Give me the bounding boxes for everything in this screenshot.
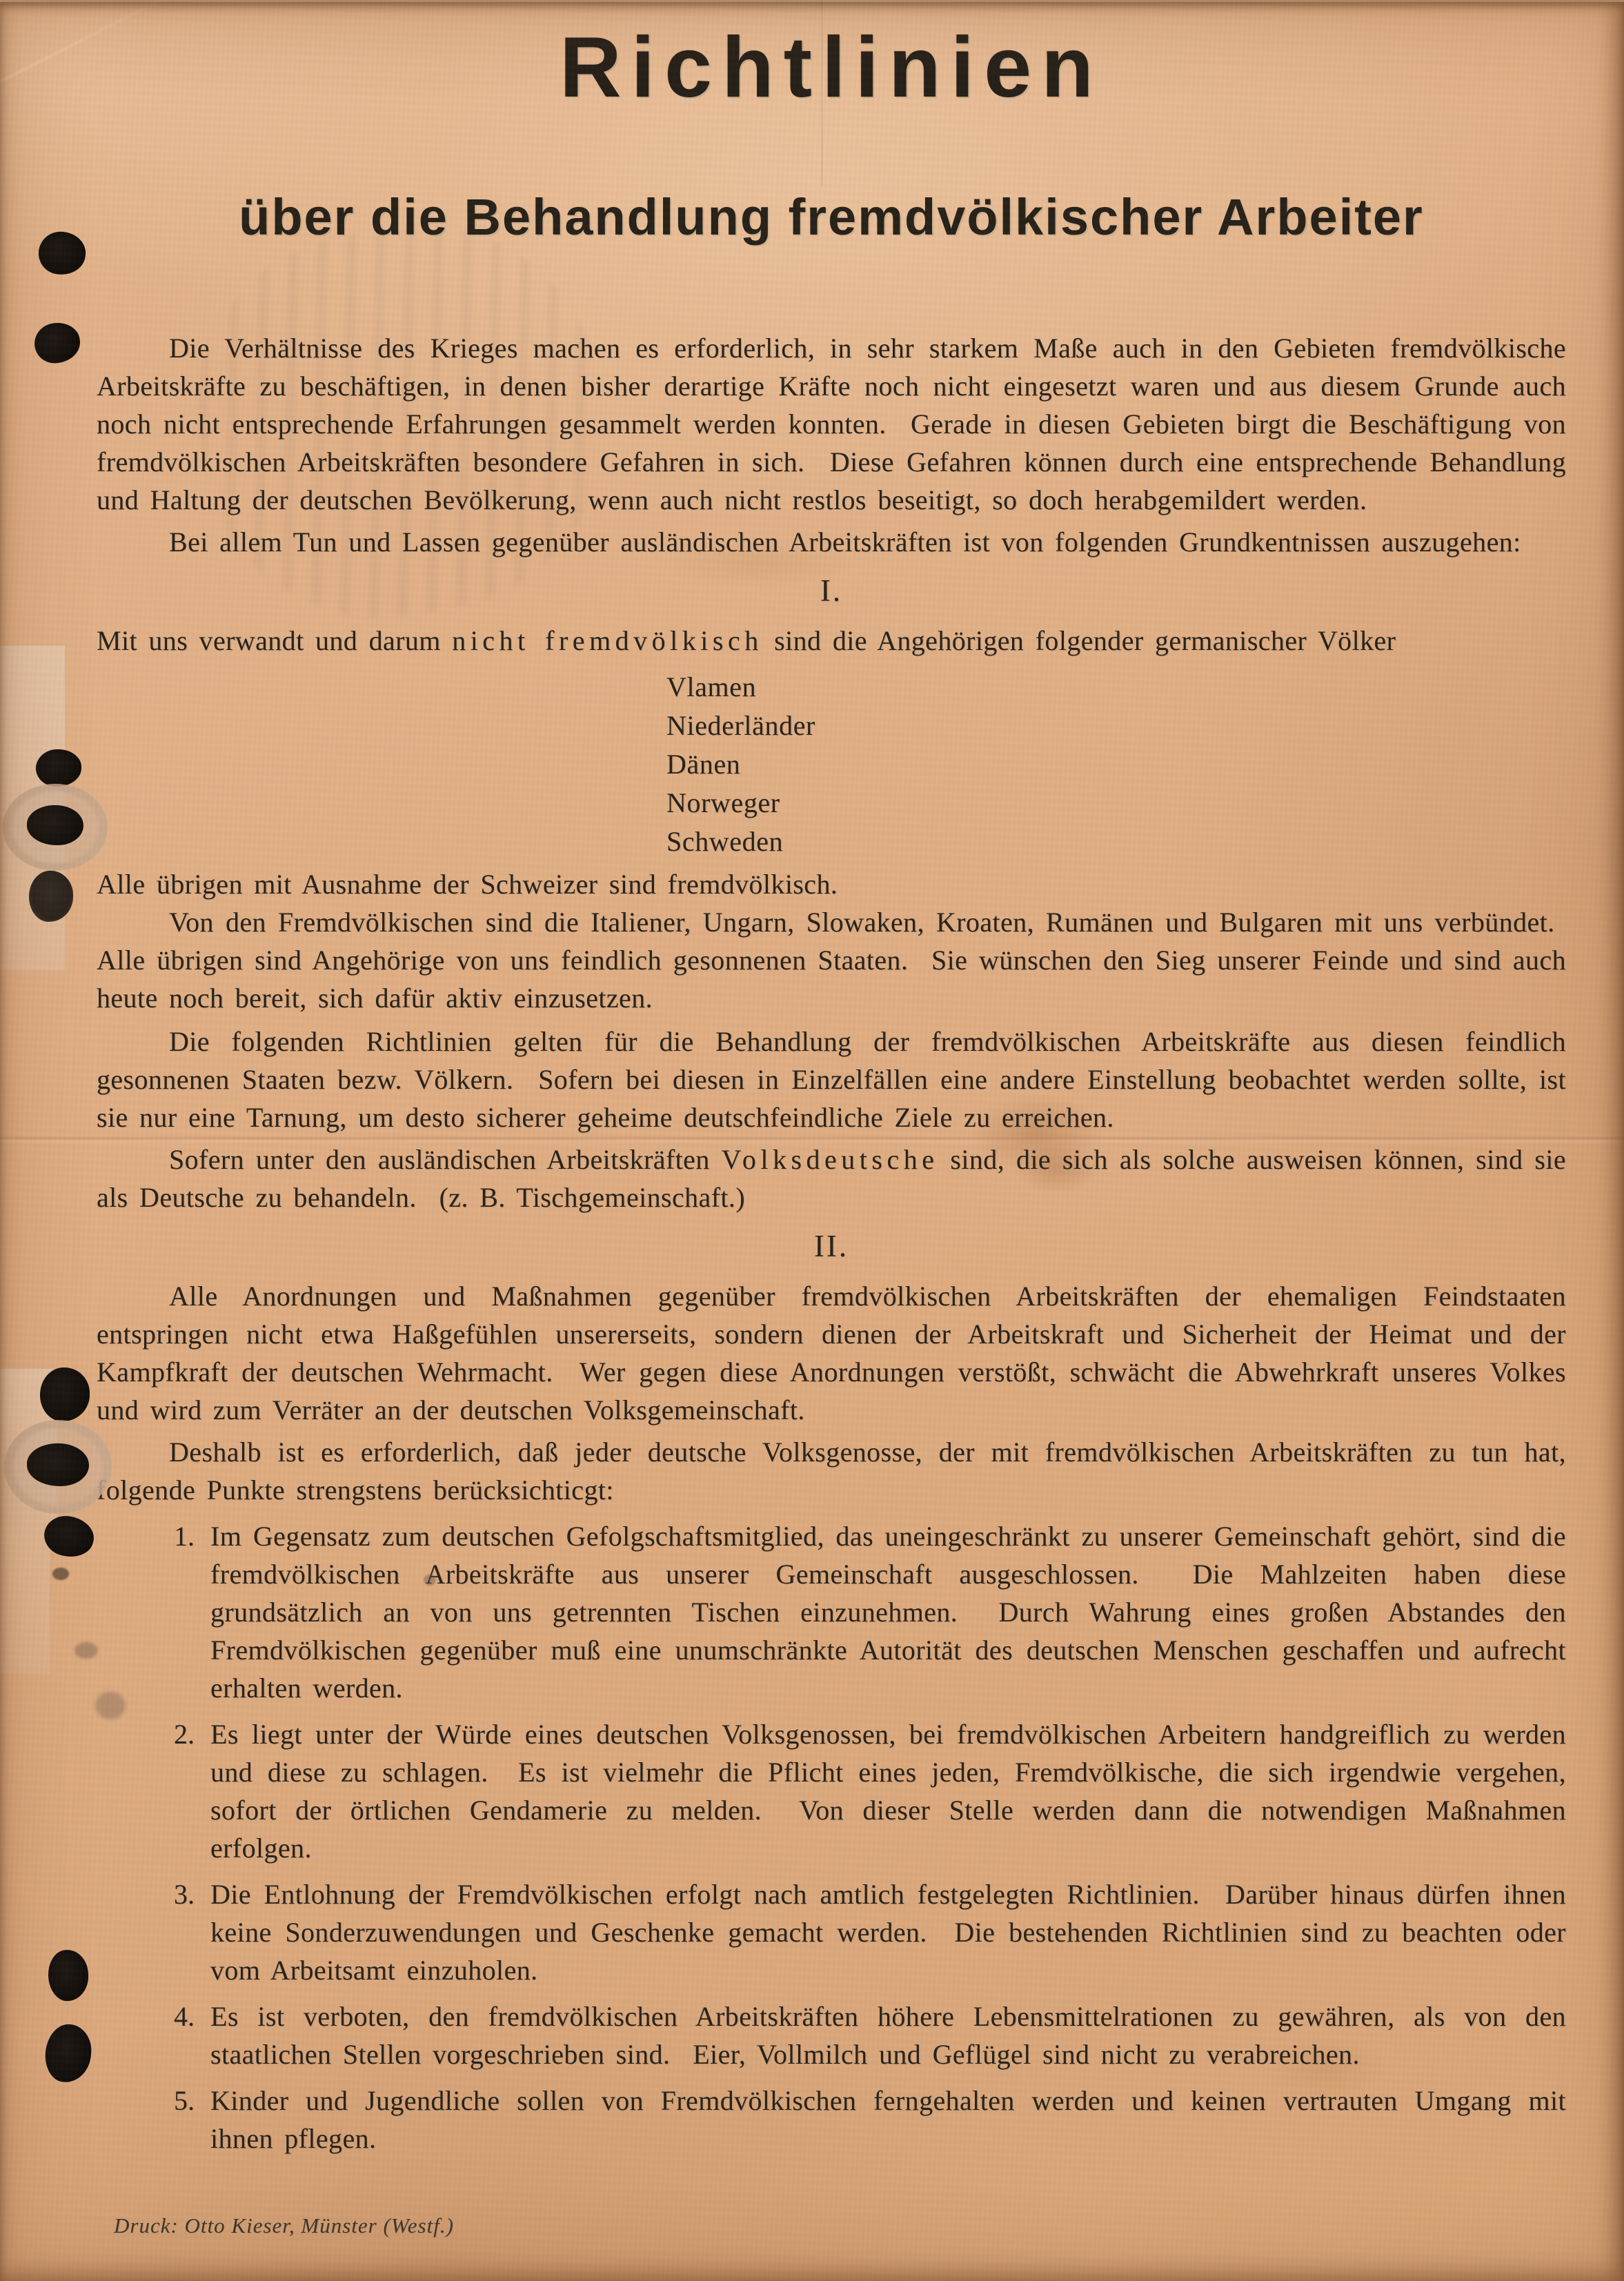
lead-text-start: Mit uns verwandt und darum xyxy=(97,625,452,656)
body-text: Die Verhältnisse des Krieges machen es e… xyxy=(97,329,1566,2157)
peoples-list-item: Norweger xyxy=(666,784,1566,822)
emphasized-letterspaced-text: Volksdeutsche xyxy=(722,1144,939,1175)
paragraph-orders-purpose: Alle Anordnungen und Maßnahmen gegenüber… xyxy=(97,1277,1566,1429)
punch-hole xyxy=(32,321,82,366)
punch-hole xyxy=(27,805,83,845)
document-body: Richtlinien über die Behandlung fremdvöl… xyxy=(97,0,1566,2157)
document-subtitle: über die Behandlung fremdvölkischer Arbe… xyxy=(97,192,1566,243)
peoples-list-item: Dänen xyxy=(666,745,1566,784)
rule-text: Kinder und Jugendliche sollen von Fremdv… xyxy=(210,2082,1566,2157)
peoples-list: Vlamen Niederländer Dänen Norweger Schwe… xyxy=(666,668,1566,861)
rule-number: 2. xyxy=(174,1715,210,1867)
peoples-list-item: Vlamen xyxy=(666,668,1566,707)
punch-hole xyxy=(29,871,73,922)
rule-text: Es liegt unter der Würde eines deutschen… xyxy=(210,1715,1566,1867)
emphasized-letterspaced-text: nicht fremdvölkisch xyxy=(452,625,763,656)
paragraph-exception: Alle übrigen mit Ausnahme der Schweizer … xyxy=(97,865,1566,903)
ink-smudge xyxy=(52,1568,69,1580)
tape-remnant xyxy=(0,646,65,970)
punch-hole xyxy=(27,1443,89,1486)
reinforcement-ring xyxy=(3,784,108,871)
punch-hole xyxy=(46,1948,90,2002)
volksdeutsche-text-start: Sofern unter den ausländischen Arbeitskr… xyxy=(169,1144,722,1175)
section-heading-1: I. xyxy=(97,571,1566,611)
peoples-list-item: Schweden xyxy=(666,822,1566,861)
ink-smudge xyxy=(75,1642,98,1659)
rule-text: Die Entlohnung der Fremdvölkischen erfol… xyxy=(210,1875,1566,1989)
punch-hole xyxy=(40,1367,90,1421)
paragraph-volksdeutsche: Sofern unter den ausländischen Arbeitskr… xyxy=(97,1140,1566,1216)
numbered-rules-list: 1. Im Gegensatz zum deutschen Gefolgscha… xyxy=(97,1517,1566,2157)
rule-item: 2. Es liegt unter der Würde eines deutsc… xyxy=(97,1715,1566,1867)
rule-number: 3. xyxy=(174,1875,210,1989)
punch-hole xyxy=(40,1511,98,1562)
paragraph-germanic-peoples-lead: Mit uns verwandt und darum nicht fremdvö… xyxy=(97,622,1566,660)
rule-item: 5. Kinder und Jugendliche sollen von Fre… xyxy=(97,2082,1566,2157)
rule-number: 5. xyxy=(174,2082,210,2157)
rule-number: 4. xyxy=(174,1997,210,2073)
tape-remnant xyxy=(0,1528,50,1674)
rule-item: 3. Die Entlohnung der Fremdvölkischen er… xyxy=(97,1875,1566,1989)
paragraph-points-lead: Deshalb ist es erforderlich, daß jeder d… xyxy=(97,1433,1566,1509)
section-heading-2: II. xyxy=(97,1226,1566,1266)
punch-hole xyxy=(43,2022,94,2084)
rule-text: Im Gegensatz zum deutschen Gefolgschafts… xyxy=(210,1517,1566,1707)
lead-text-end: sind die Angehörigen folgender germanisc… xyxy=(763,625,1396,656)
printer-imprint: Druck: Otto Kieser, Münster (Westf.) xyxy=(114,2213,454,2238)
rule-text: Es ist verboten, den fremdvölkischen Arb… xyxy=(210,1997,1566,2073)
paragraph-guidelines-scope: Die folgenden Richtlinien gelten für die… xyxy=(97,1023,1566,1136)
reinforcement-ring xyxy=(4,1420,112,1514)
paragraph-intro: Die Verhältnisse des Krieges machen es e… xyxy=(97,329,1566,519)
paragraph-principles-lead: Bei allem Tun und Lassen gegenüber auslä… xyxy=(97,523,1566,561)
rule-item: 1. Im Gegensatz zum deutschen Gefolgscha… xyxy=(97,1517,1566,1707)
tape-remnant xyxy=(0,1369,57,1528)
punch-hole xyxy=(36,229,88,278)
peoples-list-item: Niederländer xyxy=(666,707,1566,745)
punch-hole xyxy=(36,749,81,787)
document-title: Richtlinien xyxy=(97,21,1566,115)
rule-item: 4. Es ist verboten, den fremdvölkischen … xyxy=(97,1997,1566,2073)
scanned-document-sheet: Richtlinien über die Behandlung fremdvöl… xyxy=(0,0,1624,2281)
paragraph-allies: Von den Fremdvölkischen sind die Italien… xyxy=(97,903,1566,1017)
rule-number: 1. xyxy=(174,1517,210,1707)
